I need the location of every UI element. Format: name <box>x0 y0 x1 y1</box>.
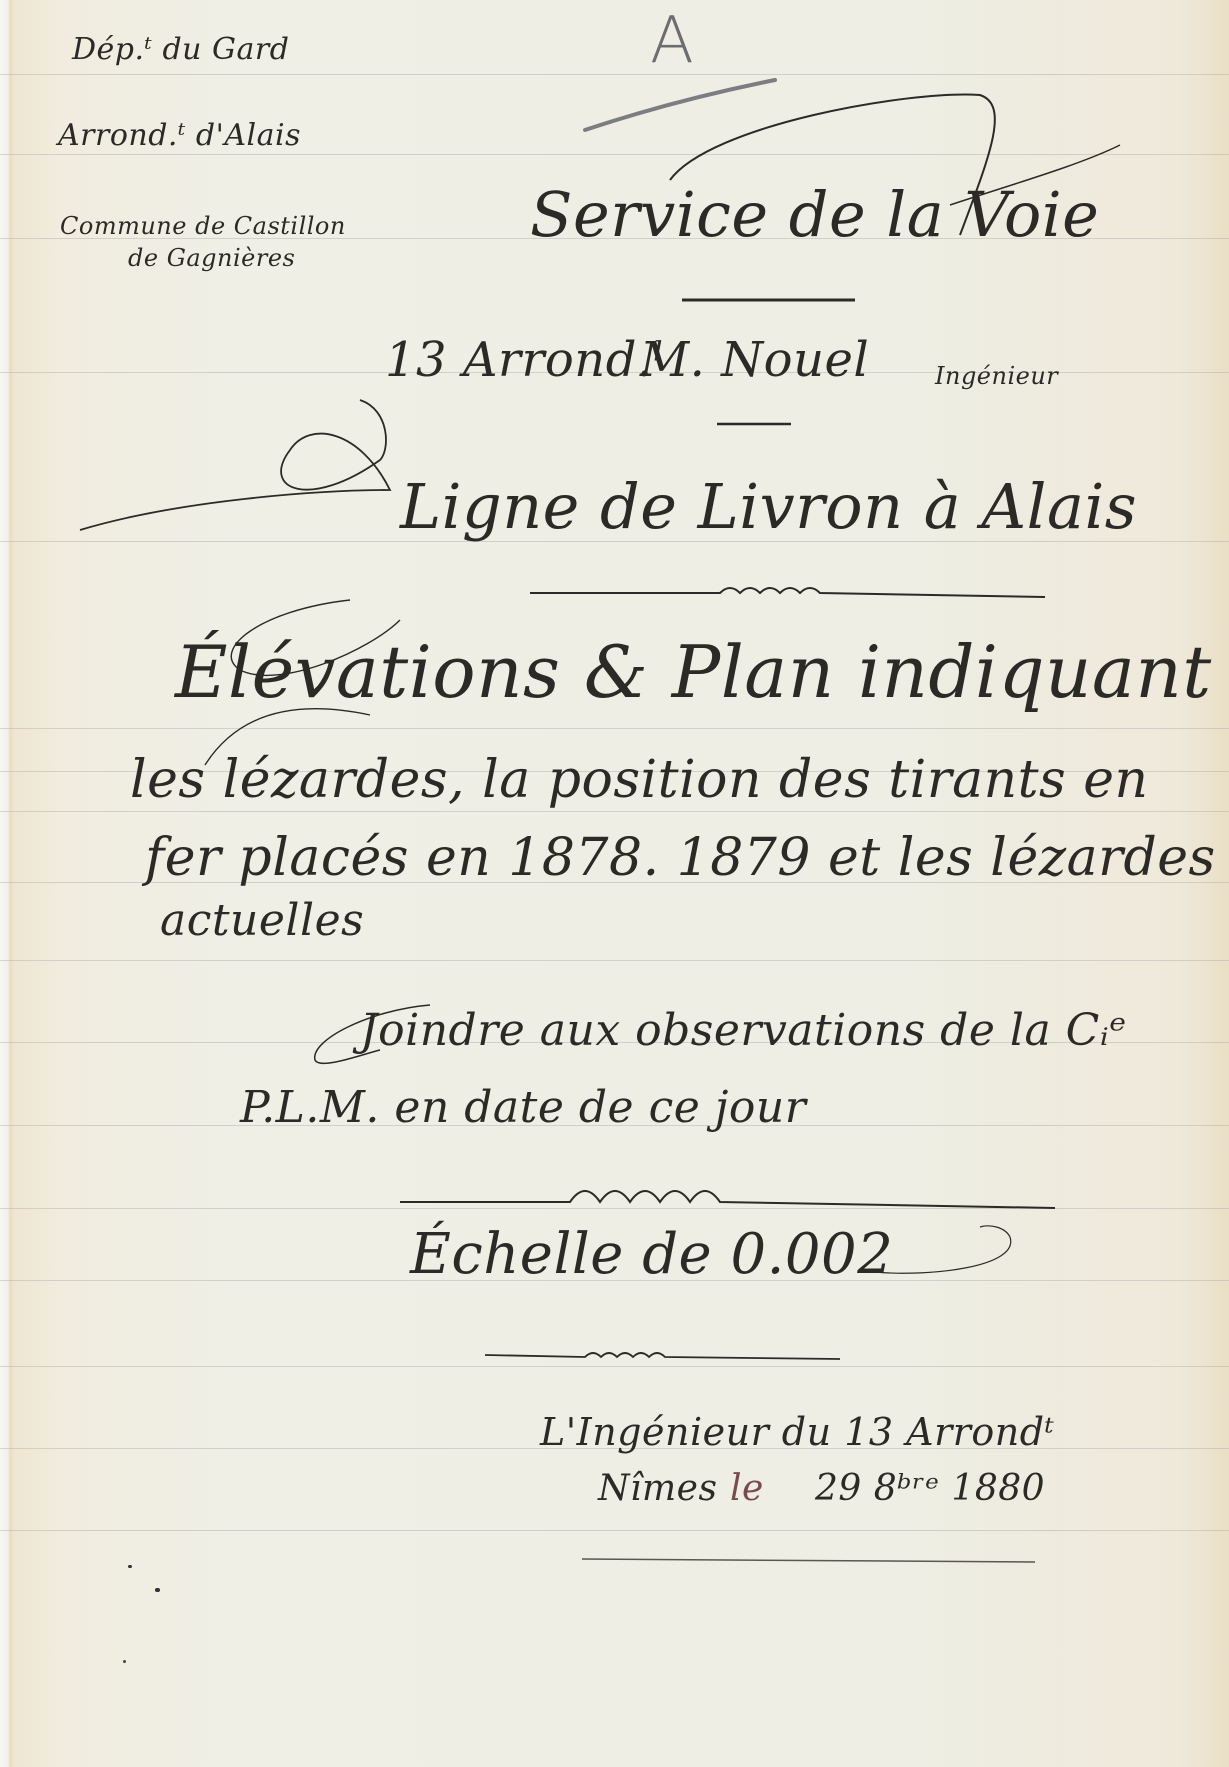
ruling-line <box>0 1366 1229 1367</box>
main-title-line-2: les lézardes, la position des tirants en <box>130 750 1149 810</box>
department-label: Dép.ᵗ du Gard <box>72 32 289 67</box>
main-title-line-4: actuelles <box>160 895 364 946</box>
ruling-line <box>0 1530 1229 1531</box>
signature-le: le <box>730 1468 764 1509</box>
signature-line-1: L'Ingénieur du 13 Arrondᵗ <box>540 1410 1054 1454</box>
arrondissement-label: Arrond.ᵗ d'Alais <box>58 118 301 153</box>
annex-note-line-2: P.L.M. en date de ce jour <box>240 1082 806 1133</box>
signature-date: 29 8ᵇʳᵉ 1880 <box>815 1468 1045 1509</box>
commune-label: Commune de Castillon <box>60 212 346 240</box>
pencil-underline <box>575 70 795 140</box>
ink-speck <box>123 1660 126 1663</box>
main-title-line-3: fer placés en 1878. 1879 et les lézardes <box>145 828 1216 888</box>
ruling-line <box>0 154 1229 155</box>
ink-speck <box>128 1565 132 1568</box>
service-title: Service de la Voie <box>530 178 1099 251</box>
closing-rule <box>580 1555 1040 1565</box>
signature-place: Nîmes <box>598 1468 717 1509</box>
ruling-line <box>0 74 1229 75</box>
overline-decoration <box>715 420 795 428</box>
wavy-separator <box>485 1345 845 1365</box>
scale-flourish <box>870 1222 1030 1282</box>
main-title-line-1: Élévations & Plan indiquant <box>175 630 1212 714</box>
wavy-separator <box>530 575 1050 605</box>
engineer-name: M. Nouel <box>640 332 869 388</box>
ruling-line <box>0 811 1229 812</box>
overline-decoration <box>680 295 860 305</box>
ink-speck <box>155 1588 160 1592</box>
ruling-line <box>0 1208 1229 1209</box>
line-title: Ligne de Livron à Alais <box>400 470 1137 543</box>
document-page: Dép.ᵗ du Gard Arrond.ᵗ d'Alais Commune d… <box>0 0 1229 1767</box>
scale-label: Échelle de 0.002 <box>410 1222 893 1287</box>
ruling-line <box>0 960 1229 961</box>
wavy-separator <box>400 1180 1060 1220</box>
commune-name-continued: de Gagnières <box>128 244 295 272</box>
annex-note-line-1: Joindre aux observations de la Cᵢᵉ <box>360 1005 1127 1056</box>
pencil-mark-a: A <box>650 4 694 78</box>
ruling-line <box>0 728 1229 729</box>
engineer-title: Ingénieur <box>935 362 1058 390</box>
arrondissement-number: 13 Arrond.ˡ <box>385 332 665 388</box>
